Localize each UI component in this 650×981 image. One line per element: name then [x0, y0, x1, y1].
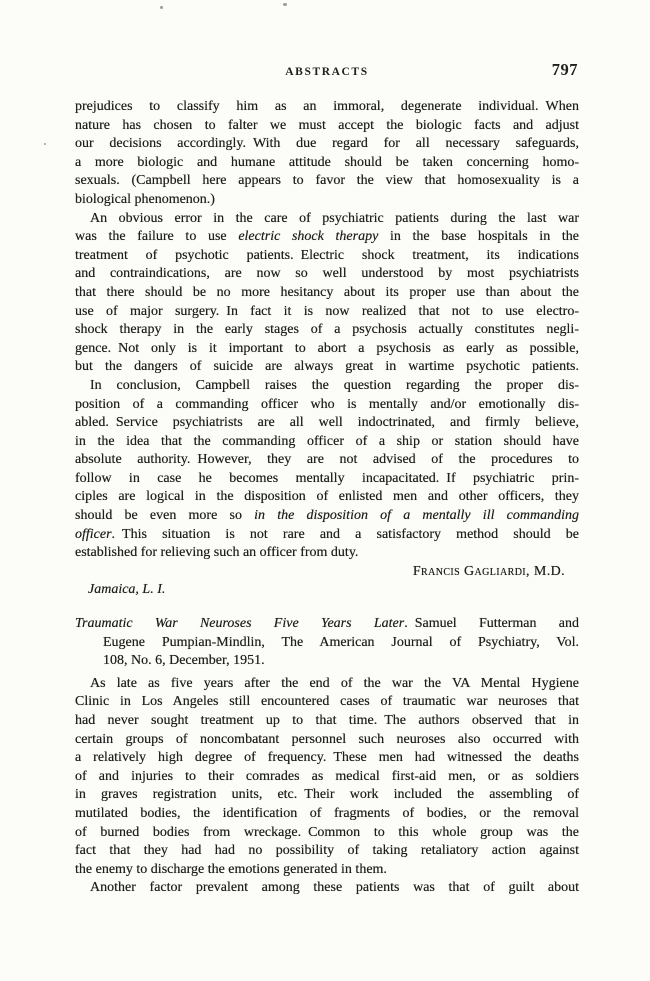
paragraph: As late as five years after the end of t… [75, 675, 579, 880]
text-line: Eugene Pumpian-Mindlin, The American Jou… [75, 634, 579, 653]
text-line: sexuals. (Campbell here appears to favor… [75, 172, 579, 191]
page-body: prejudices to classify him as an immoral… [75, 98, 579, 898]
text-line: Another factor prevalent among these pat… [75, 879, 579, 898]
text-line: 108, No. 6, December, 1951. [75, 652, 579, 671]
text-line: officer. This situation is not rare and … [75, 526, 579, 545]
running-head: ABSTRACTS 797 [75, 62, 579, 82]
text-line: was the failure to use electric shock th… [75, 228, 579, 247]
text-line: but the dangers of suicide are always gr… [75, 358, 579, 377]
text-line: in graves registration units, etc. Their… [75, 786, 579, 805]
signature-line: Francis Gagliardi, M.D. [75, 563, 579, 582]
text-line: and contraindications, are now so well u… [75, 265, 579, 284]
text-line: biological phenomenon.) [75, 191, 579, 210]
text-line: gence. Not only is it important to abort… [75, 340, 579, 359]
text-line: prejudices to classify him as an immoral… [75, 98, 579, 117]
page-number: 797 [552, 60, 578, 80]
text-line: Traumatic War Neuroses Five Years Later.… [75, 615, 579, 634]
text-line: established for relieving such an office… [75, 544, 579, 563]
text-line: should be even more so in the dispositio… [75, 507, 579, 526]
text-line: a more biologic and humane attitude shou… [75, 154, 579, 173]
scan-speck [44, 143, 46, 145]
text-line: shock therapy in the early stages of a p… [75, 321, 579, 340]
text-line: treatment of psychotic patients. Electri… [75, 247, 579, 266]
text-line: abled. Service psychiatrists are all wel… [75, 414, 579, 433]
text-line: As late as five years after the end of t… [75, 675, 579, 694]
text-line: position of a commanding officer who is … [75, 396, 579, 415]
paragraph: prejudices to classify him as an immoral… [75, 98, 579, 210]
text-line: absolute authority. However, they are no… [75, 451, 579, 470]
text-line: of burned bodies from wreckage. Common t… [75, 824, 579, 843]
paragraph: Another factor prevalent among these pat… [75, 879, 579, 898]
text-line: the enemy to discharge the emotions gene… [75, 861, 579, 880]
section-title: ABSTRACTS [75, 66, 579, 78]
text-line: certain groups of noncombatant personnel… [75, 731, 579, 750]
text-line: of and injuries to their comrades as med… [75, 768, 579, 787]
text-line: ciples are logical in the disposition of… [75, 488, 579, 507]
text-line: had never sought treatment up to that ti… [75, 712, 579, 731]
text-line: nature has chosen to falter we must acce… [75, 117, 579, 136]
paragraph: An obvious error in the care of psychiat… [75, 210, 579, 377]
text-line: a relatively high degree of frequency. T… [75, 749, 579, 768]
paragraph: In conclusion, Campbell raises the quest… [75, 377, 579, 563]
text-line: In conclusion, Campbell raises the quest… [75, 377, 579, 396]
scanned-journal-page: ABSTRACTS 797 prejudices to classify him… [0, 0, 650, 981]
text-line: mutilated bodies, the identification of … [75, 805, 579, 824]
text-column: ABSTRACTS 797 prejudices to classify him… [75, 62, 579, 898]
scan-speck [283, 3, 287, 6]
text-line: in the idea that the commanding officer … [75, 433, 579, 452]
text-line: that there should be no more hesitancy a… [75, 284, 579, 303]
text-line: fact that they had had no possibility of… [75, 842, 579, 861]
text-line: use of major surgery. In fact it is now … [75, 303, 579, 322]
text-line: follow in case he becomes mentally incap… [75, 470, 579, 489]
text-line: Clinic in Los Angeles still encountered … [75, 693, 579, 712]
place-line: Jamaica, L. I. [75, 581, 579, 600]
citation-line: Traumatic War Neuroses Five Years Later.… [75, 615, 579, 671]
text-line: An obvious error in the care of psychiat… [75, 210, 579, 229]
text-line: our decisions accordingly. With due rega… [75, 135, 579, 154]
scan-speck [160, 6, 163, 9]
